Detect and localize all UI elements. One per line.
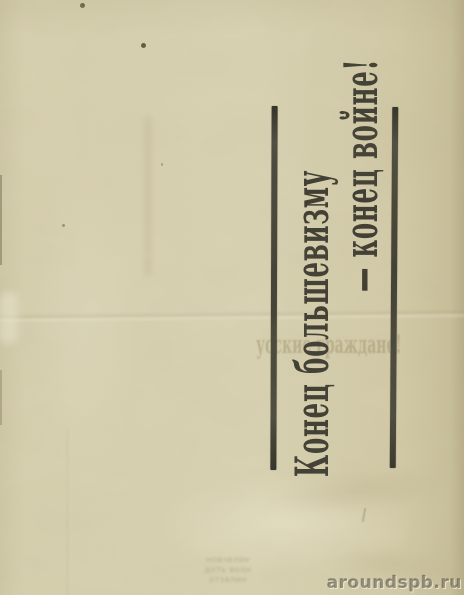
left-edge-light-patch bbox=[0, 292, 18, 344]
left-edge-dark-sliver bbox=[0, 370, 2, 425]
site-watermark: aroundspb.ru bbox=[327, 573, 462, 593]
vertical-crease bbox=[66, 430, 71, 595]
paper-speck bbox=[62, 224, 65, 227]
headline-line2-text: — конец войне! bbox=[336, 59, 386, 292]
paper-speck bbox=[141, 43, 146, 48]
headline-line1-rotated: Конец большевизму bbox=[287, 0, 337, 477]
paper-speck bbox=[80, 3, 85, 8]
left-vertical-rule bbox=[270, 106, 277, 470]
bleedthrough-stamp-line: доть волн bbox=[196, 565, 260, 575]
bleedthrough-stamp: новчвлон доть волн отзалин bbox=[196, 555, 260, 585]
headline-line2-rotated: — конец войне! bbox=[336, 0, 386, 292]
bleedthrough-stamp-line: отзалин bbox=[196, 575, 260, 585]
paper-speck bbox=[161, 163, 163, 166]
wrinkle-shadow bbox=[227, 447, 464, 537]
headline-line1-text: Конец большевизму bbox=[287, 170, 337, 477]
scanned-leaflet-page: усские граждане! новчвлон доть волн отза… bbox=[0, 0, 464, 595]
left-edge-dark-sliver bbox=[0, 175, 2, 265]
bleedthrough-stamp-line: новчвлон bbox=[196, 555, 260, 565]
bleedthrough-rule-ghost bbox=[144, 116, 152, 276]
right-vertical-rule bbox=[390, 107, 399, 468]
